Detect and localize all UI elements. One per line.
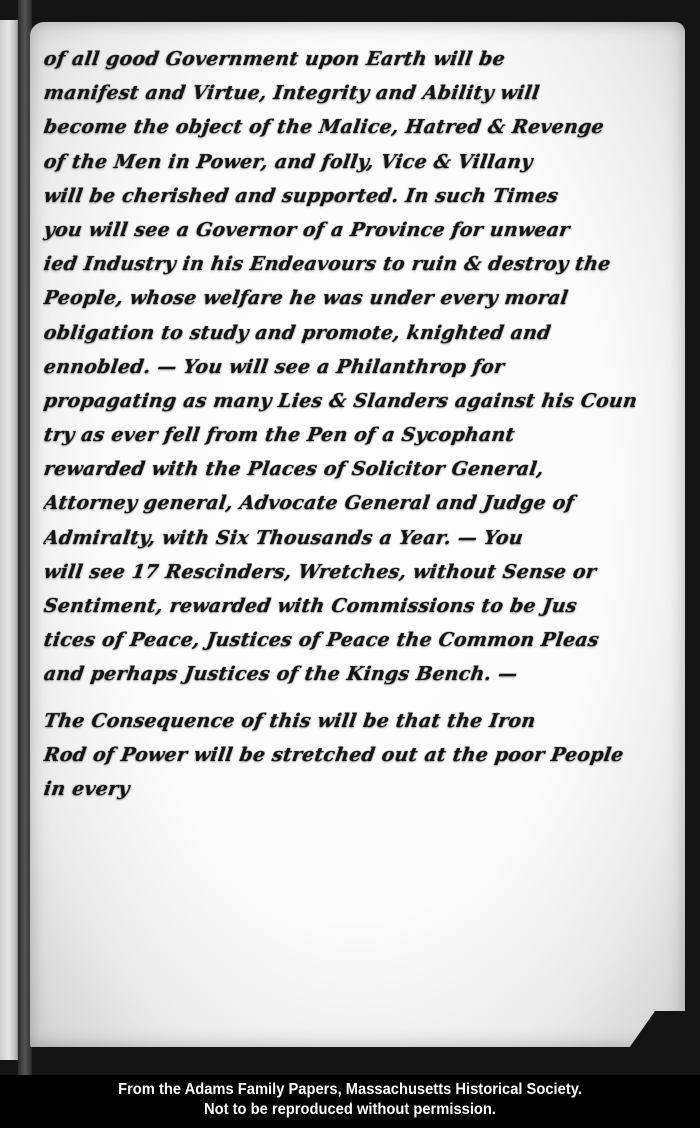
text-line: tices of Peace, Justices of Peace the Co…: [42, 623, 677, 657]
text-line: will be cherished and supported. In such…: [42, 179, 677, 213]
text-line: manifest and Virtue, Integrity and Abili…: [42, 76, 677, 110]
text-line: rewarded with the Places of Solicitor Ge…: [42, 452, 677, 486]
text-line: become the object of the Malice, Hatred …: [42, 110, 677, 144]
text-line: Admiralty, with Six Thousands a Year. — …: [42, 521, 677, 555]
manuscript-scan: of all good Government upon Earth will b…: [0, 0, 700, 1075]
caption-line-source: From the Adams Family Papers, Massachuse…: [28, 1080, 672, 1100]
text-line: Attorney general, Advocate General and J…: [42, 486, 677, 520]
text-line: obligation to study and promote, knighte…: [42, 316, 677, 350]
text-line: in every: [42, 772, 677, 806]
text-line: will see 17 Rescinders, Wretches, withou…: [42, 555, 677, 589]
text-line: try as ever fell from the Pen of a Sycop…: [42, 418, 677, 452]
text-line: you will see a Governor of a Province fo…: [42, 213, 677, 247]
text-line: propagating as many Lies & Slanders agai…: [42, 384, 677, 418]
text-line: ied Industry in his Endeavours to ruin &…: [42, 247, 677, 281]
handwritten-text: of all good Government upon Earth will b…: [44, 42, 674, 806]
caption-line-permission: Not to be reproduced without permission.: [28, 1100, 672, 1120]
text-line: of the Men in Power, and folly, Vice & V…: [42, 145, 677, 179]
text-line: Sentiment, rewarded with Commissions to …: [42, 589, 677, 623]
text-line: ennobled. — You will see a Philanthrop f…: [42, 350, 677, 384]
text-line: and perhaps Justices of the Kings Bench.…: [42, 657, 677, 691]
text-line: of all good Government upon Earth will b…: [42, 42, 677, 76]
text-line: People, whose welfare he was under every…: [42, 281, 677, 315]
text-line: The Consequence of this will be that the…: [42, 704, 677, 738]
manuscript-page: of all good Government upon Earth will b…: [30, 22, 685, 1047]
text-line: Rod of Power will be stretched out at th…: [42, 738, 677, 772]
copyright-caption: From the Adams Family Papers, Massachuse…: [0, 1075, 700, 1128]
